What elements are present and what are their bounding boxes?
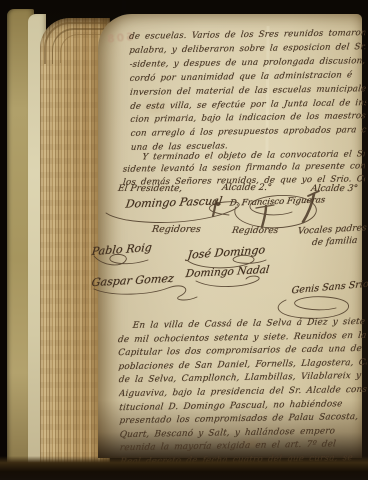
- alcalde2-title: Alcalde 2.°: [221, 183, 272, 193]
- president-title: El Presidente,: [117, 184, 183, 194]
- paragraph-new-session: En la villa de Cassá de la Selva á Diez …: [117, 316, 368, 470]
- alcalde3-title: Alcalde 3°: [310, 184, 358, 194]
- paragraph-resolution: de escuelas. Varios de los Sres reunidos…: [128, 27, 366, 156]
- regidores-label-center: Regidores: [231, 226, 279, 236]
- scanned-book-photo: 608 de escuelas. Varios de los Sres reun…: [0, 0, 368, 480]
- regidores-label-left: Regidores: [151, 224, 201, 235]
